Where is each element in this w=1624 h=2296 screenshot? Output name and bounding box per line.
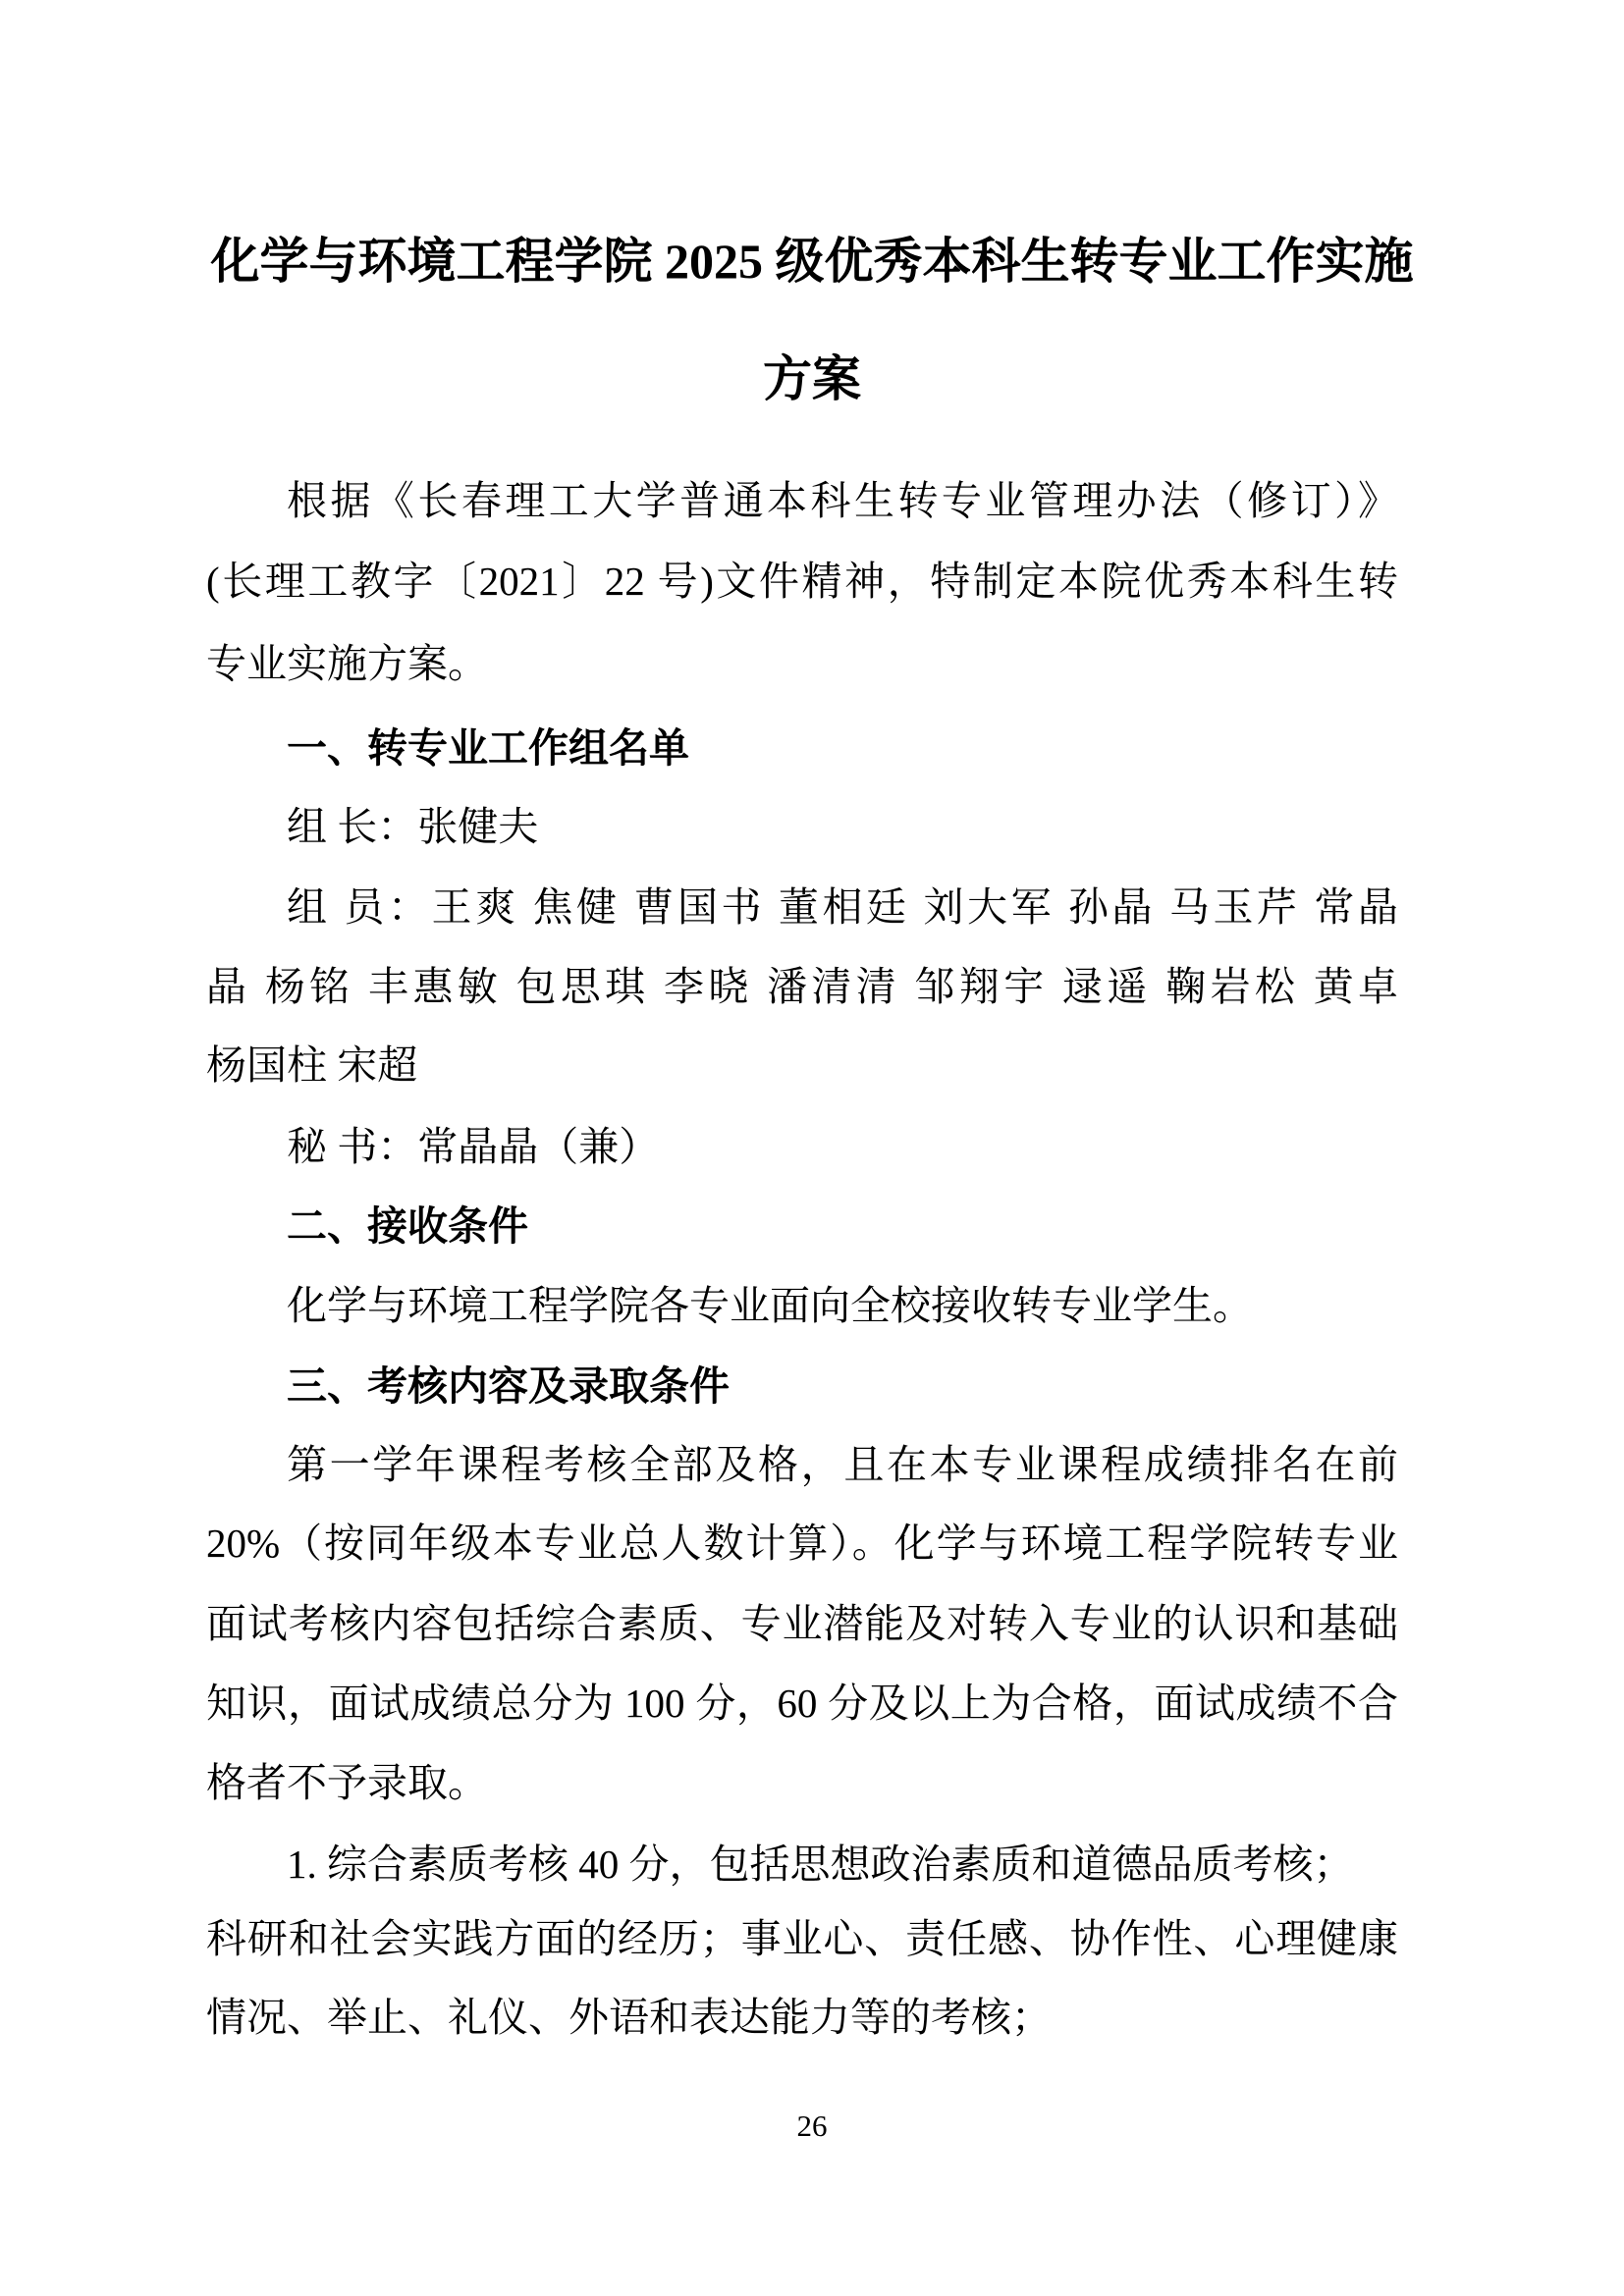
body-line: 面试考核内容包括综合素质、专业潜能及对转入专业的认识和基础 xyxy=(206,1600,1398,1647)
document-title-line-1: 化学与环境工程学院 2025 级优秀本科生转专业工作实施 xyxy=(0,232,1624,291)
body-line: 1. 综合素质考核 40 分，包括思想政治素质和道德品质考核； xyxy=(206,1841,1398,1888)
group-members-line: 杨国柱 宋超 xyxy=(206,1041,1398,1089)
body-line: 格者不予录取。 xyxy=(206,1759,1398,1806)
group-members-line: 组 员：王爽 焦健 曹国书 董相廷 刘大军 孙晶 马玉芹 常晶 xyxy=(206,883,1398,931)
body-line: 化学与环境工程学院各专业面向全校接收转专业学生。 xyxy=(206,1282,1398,1329)
section-3-heading: 三、考核内容及录取条件 xyxy=(206,1362,1398,1410)
intro-line: 根据《长春理工大学普通本科生转专业管理办法（修订）》 xyxy=(206,477,1398,524)
body-line: 知识，面试成绩总分为 100 分，60 分及以上为合格，面试成绩不合 xyxy=(206,1680,1398,1727)
secretary-line: 秘 书：常晶晶（兼） xyxy=(206,1123,1398,1170)
body-line: 20%（按同年级本专业总人数计算）。化学与环境工程学院转专业 xyxy=(206,1520,1398,1567)
document-page: 化学与环境工程学院 2025 级优秀本科生转专业工作实施 方案 根据《长春理工大… xyxy=(0,0,1624,2296)
body-line: 情况、举止、礼仪、外语和表达能力等的考核； xyxy=(206,1994,1398,2041)
intro-line: (长理工教字〔2021〕22 号)文件精神，特制定本院优秀本科生转 xyxy=(206,558,1398,605)
body-line: 第一学年课程考核全部及格，且在本专业课程成绩排名在前 xyxy=(206,1441,1398,1488)
section-2-heading: 二、接收条件 xyxy=(206,1202,1398,1250)
page-number: 26 xyxy=(0,2109,1624,2144)
body-line: 科研和社会实践方面的经历；事业心、责任感、协作性、心理健康 xyxy=(206,1915,1398,1962)
intro-line: 专业实施方案。 xyxy=(206,640,1398,687)
section-1-heading: 一、转专业工作组名单 xyxy=(206,724,1398,772)
group-members-line: 晶 杨铭 丰惠敏 包思琪 李晓 潘清清 邹翔宇 逯遥 鞠岩松 黄卓 xyxy=(206,963,1398,1010)
group-leader-line: 组 长：张健夫 xyxy=(206,803,1398,850)
document-title-line-2: 方案 xyxy=(0,349,1624,408)
